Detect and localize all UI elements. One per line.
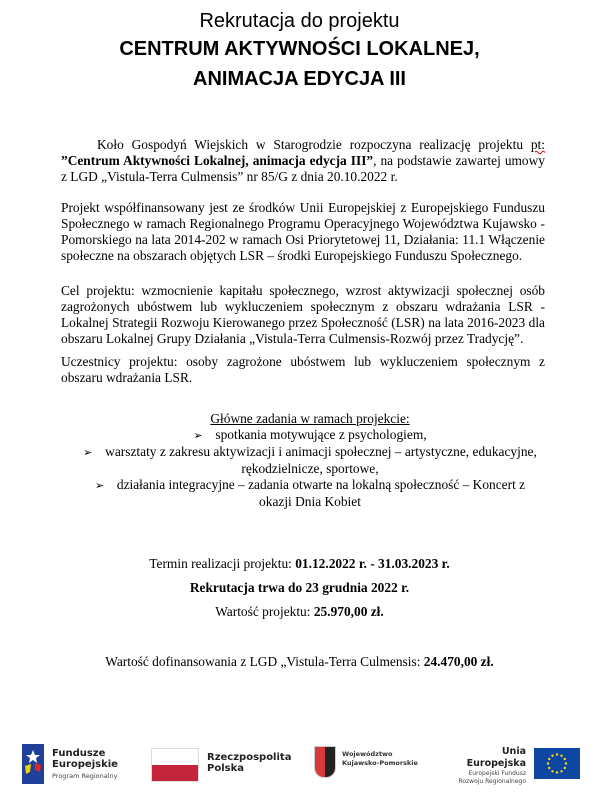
funding-value: Wartość dofinansowania z LGD „Vistula-Te… [0, 654, 599, 670]
title-line-2: CENTRUM AKTYWNOŚCI LOKALNEJ, [0, 34, 599, 64]
coat-of-arms-icon [314, 746, 336, 778]
eu-flag-icon [534, 748, 580, 779]
tasks-heading: Główne zadania w ramach projekcie: [80, 411, 540, 427]
task-item: ➢działania integracyjne – zadania otwart… [80, 477, 540, 510]
recruitment-deadline: Rekrutacja trwa do 23 grudnia 2022 r. [0, 580, 599, 596]
paragraph-participants: Uczestnicy projektu: osoby zagrożone ubó… [61, 354, 545, 386]
arrow-bullet-icon: ➢ [193, 428, 215, 444]
funds-star-icon [22, 744, 44, 784]
paragraph-funding: Projekt współfinansowany jest ze środków… [61, 200, 545, 264]
document-title: Rekrutacja do projektu CENTRUM AKTYWNOŚC… [0, 8, 599, 94]
project-value: Wartość projektu: 25.970,00 zł. [0, 604, 599, 620]
project-term: Termin realizacji projektu: 01.12.2022 r… [0, 556, 599, 572]
spellcheck-word: pt: [531, 137, 545, 152]
task-item: ➢spotkania motywujące z psychologiem, [80, 427, 540, 444]
paragraph-goal: Cel projektu: wzmocnienie kapitału społe… [61, 283, 545, 347]
title-line-3: ANIMACJA EDYCJA III [0, 64, 599, 94]
arrow-bullet-icon: ➢ [95, 478, 117, 494]
paragraph-intro: Koło Gospodyń Wiejskich w Starogrodzie r… [61, 137, 545, 185]
arrow-bullet-icon: ➢ [83, 445, 105, 461]
tasks-list: Główne zadania w ramach projekcie: ➢spot… [80, 411, 540, 510]
task-item: ➢warsztaty z zakresu aktywizacji i anima… [80, 444, 540, 477]
title-line-1: Rekrutacja do projektu [0, 8, 599, 34]
sponsor-logos-bar: Fundusze Europejskie Program Regionalny … [0, 744, 599, 794]
project-name: ”Centrum Aktywności Lokalnej, animacja e… [61, 153, 373, 168]
polish-flag-icon [151, 748, 199, 782]
